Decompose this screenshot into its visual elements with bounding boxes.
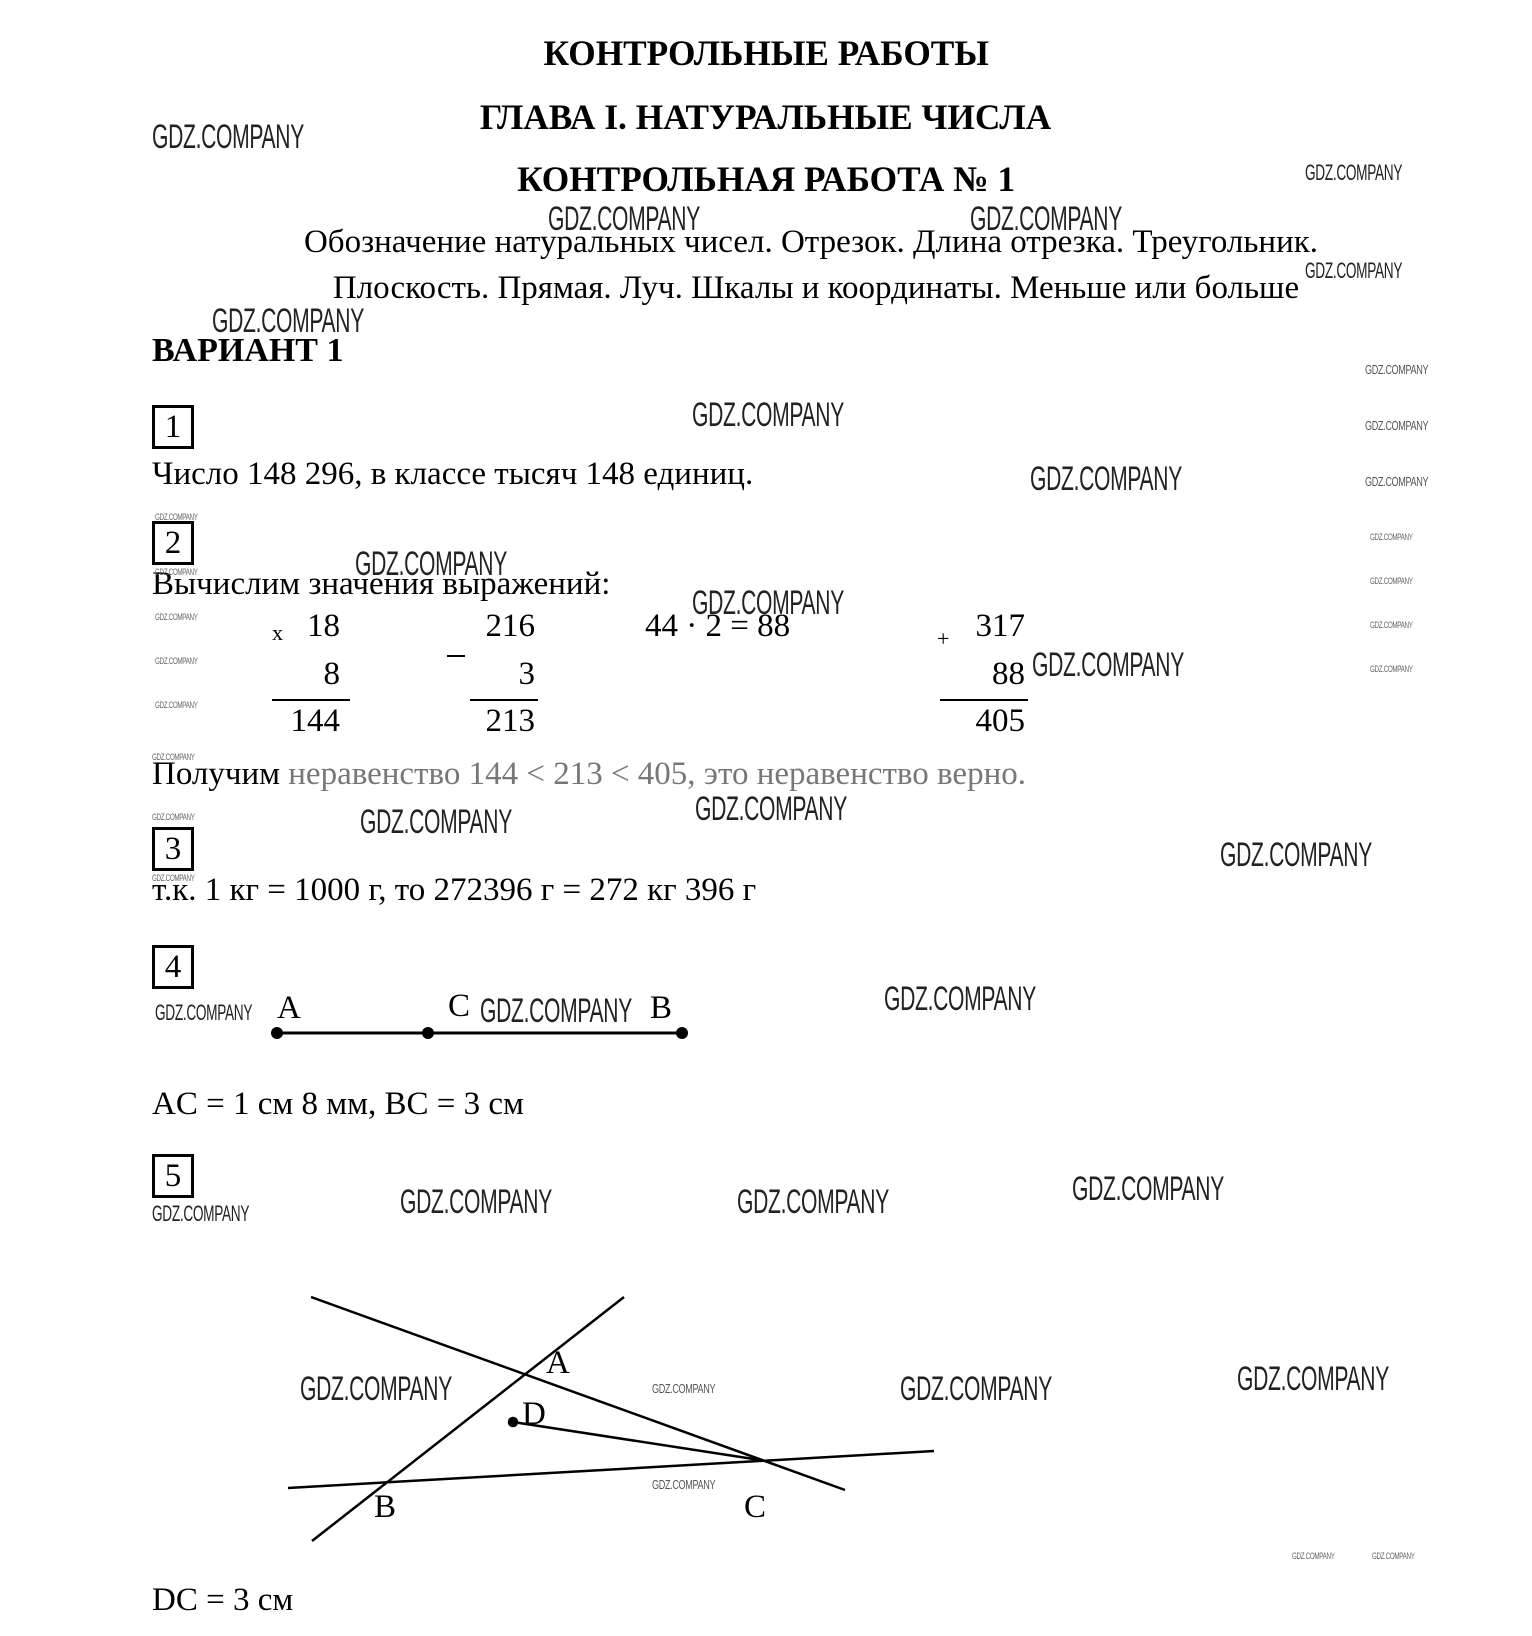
watermark: GDZ.COMPANY: [155, 512, 198, 522]
watermark: GDZ.COMPANY: [360, 803, 512, 842]
watermark: GDZ.COMPANY: [155, 1000, 252, 1026]
watermark: GDZ.COMPANY: [155, 567, 198, 577]
watermark: GDZ.COMPANY: [884, 980, 1036, 1019]
watermark: GDZ.COMPANY: [1072, 1170, 1224, 1209]
watermark: GDZ.COMPANY: [155, 612, 198, 622]
watermark: GDZ.COMPANY: [692, 396, 844, 435]
watermark: GDZ.COMPANY: [212, 302, 364, 341]
watermark: GDZ.COMPANY: [1370, 532, 1413, 542]
watermark: GDZ.COMPANY: [1370, 620, 1413, 630]
watermark: GDZ.COMPANY: [695, 790, 847, 829]
watermark: GDZ.COMPANY: [155, 700, 198, 710]
watermark: GDZ.COMPANY: [155, 656, 198, 666]
watermark: GDZ.COMPANY: [1365, 362, 1428, 377]
watermark: GDZ.COMPANY: [652, 1477, 715, 1492]
watermark: GDZ.COMPANY: [970, 200, 1122, 239]
point-d: [509, 1418, 517, 1426]
watermark: GDZ.COMPANY: [1032, 646, 1184, 685]
watermark: GDZ.COMPANY: [152, 752, 195, 762]
watermark: GDZ.COMPANY: [1305, 258, 1402, 284]
watermark: GDZ.COMPANY: [1305, 160, 1402, 186]
watermark: GDZ.COMPANY: [1365, 474, 1428, 489]
segment-dc: [513, 1422, 760, 1460]
watermark: GDZ.COMPANY: [152, 873, 195, 883]
watermark: GDZ.COMPANY: [480, 992, 632, 1031]
watermark: GDZ.COMPANY: [737, 1183, 889, 1222]
watermark: GDZ.COMPANY: [1370, 664, 1413, 674]
watermark: GDZ.COMPANY: [152, 118, 304, 157]
watermark: GDZ.COMPANY: [652, 1381, 715, 1396]
watermark: GDZ.COMPANY: [1370, 576, 1413, 586]
watermark: GDZ.COMPANY: [1220, 836, 1372, 875]
watermark: GDZ.COMPANY: [1030, 460, 1182, 499]
line-bc: [288, 1451, 934, 1488]
watermark: GDZ.COMPANY: [152, 812, 195, 822]
watermark: GDZ.COMPANY: [1372, 1551, 1415, 1561]
watermark: GDZ.COMPANY: [1292, 1551, 1335, 1561]
watermark: GDZ.COMPANY: [355, 545, 507, 584]
watermark: GDZ.COMPANY: [548, 200, 700, 239]
watermark: GDZ.COMPANY: [152, 1201, 249, 1227]
watermark: GDZ.COMPANY: [1237, 1360, 1389, 1399]
watermark: GDZ.COMPANY: [1365, 418, 1428, 433]
watermark: GDZ.COMPANY: [900, 1370, 1052, 1409]
watermark: GDZ.COMPANY: [400, 1183, 552, 1222]
triangle-figure: [288, 1297, 934, 1541]
line-ab: [312, 1297, 624, 1541]
watermark: GDZ.COMPANY: [300, 1370, 452, 1409]
watermark: GDZ.COMPANY: [692, 584, 844, 623]
